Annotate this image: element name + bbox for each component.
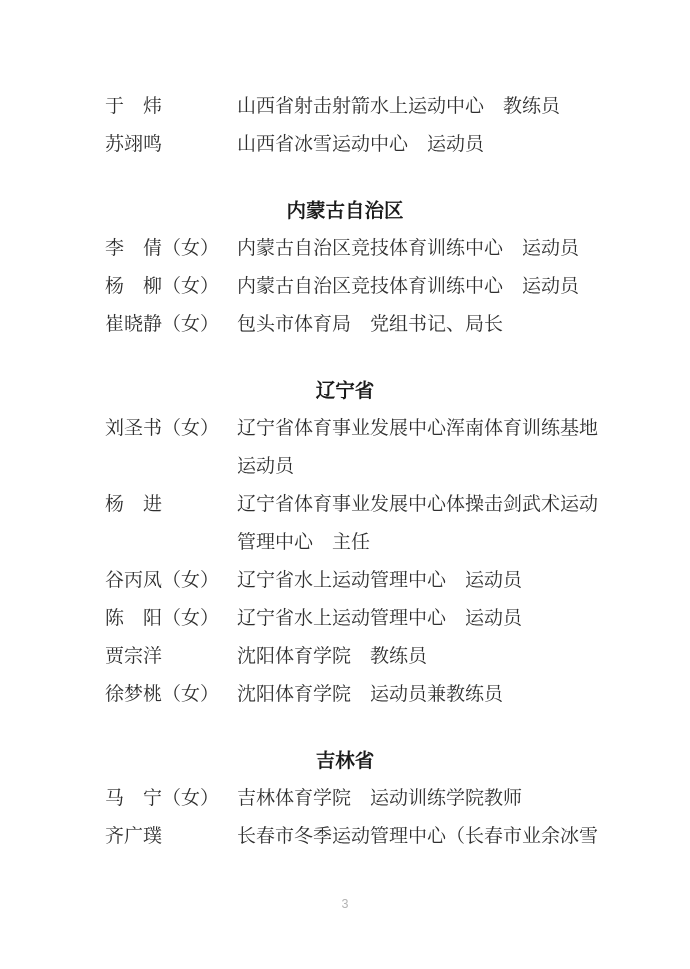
entry-detail: 沈阳体育学院 教练员 [237,638,585,676]
page-number: 3 [0,897,690,911]
entry-name: 刘圣书（女） [105,410,237,448]
entry-detail: 辽宁省水上运动管理中心 运动员 [237,562,585,600]
entry-row: 陈 阳（女） 辽宁省水上运动管理中心 运动员 [105,600,585,638]
entry-row: 徐梦桃（女） 沈阳体育学院 运动员兼教练员 [105,676,585,714]
entry-row: 杨 进 辽宁省体育事业发展中心体操击剑武术运动 管理中心 主任 [105,486,585,562]
entry-detail: 山西省冰雪运动中心 运动员 [237,126,585,164]
entry-name: 谷丙凤（女） [105,562,237,600]
entry-row: 李 倩（女） 内蒙古自治区竞技体育训练中心 运动员 [105,230,585,268]
entry-detail-line: 吉林体育学院 运动训练学院教师 [237,780,585,818]
entry-detail-line: 长春市冬季运动管理中心（长春市业余冰雪 [237,818,598,856]
entry-detail: 内蒙古自治区竞技体育训练中心 运动员 [237,268,585,306]
entry-name: 徐梦桃（女） [105,676,237,714]
entry-detail-line: 沈阳体育学院 运动员兼教练员 [237,676,585,714]
entry-name: 于 炜 [105,88,237,126]
entry-name: 马 宁（女） [105,780,237,818]
entry-row: 杨 柳（女） 内蒙古自治区竞技体育训练中心 运动员 [105,268,585,306]
entry-detail-line: 内蒙古自治区竞技体育训练中心 运动员 [237,230,585,268]
entry-row: 崔晓静（女） 包头市体育局 党组书记、局长 [105,306,585,344]
entry-detail: 山西省射击射箭水上运动中心 教练员 [237,88,585,126]
entry-row: 于 炜 山西省射击射箭水上运动中心 教练员 [105,88,585,126]
entry-detail-line: 包头市体育局 党组书记、局长 [237,306,585,344]
entry-detail: 辽宁省水上运动管理中心 运动员 [237,600,585,638]
section-header-inner-mongolia: 内蒙古自治区 [105,192,585,230]
entry-row: 苏翊鸣 山西省冰雪运动中心 运动员 [105,126,585,164]
entry-name: 崔晓静（女） [105,306,237,344]
document-page: 于 炜 山西省射击射箭水上运动中心 教练员 苏翊鸣 山西省冰雪运动中心 运动员 … [0,0,690,969]
entry-row: 齐广璞 长春市冬季运动管理中心（长春市业余冰雪 [105,818,585,856]
entry-row: 刘圣书（女） 辽宁省体育事业发展中心浑南体育训练基地 运动员 [105,410,585,486]
entry-detail-line: 山西省射击射箭水上运动中心 教练员 [237,88,585,126]
section-header-liaoning: 辽宁省 [105,372,585,410]
entry-name: 杨 进 [105,486,237,524]
entry-detail: 辽宁省体育事业发展中心体操击剑武术运动 管理中心 主任 [237,486,598,562]
entry-detail-line: 沈阳体育学院 教练员 [237,638,585,676]
entry-name: 齐广璞 [105,818,237,856]
section-header-jilin: 吉林省 [105,742,585,780]
entry-detail-line: 运动员 [237,448,598,486]
entry-name: 陈 阳（女） [105,600,237,638]
entry-detail-line: 内蒙古自治区竞技体育训练中心 运动员 [237,268,585,306]
entry-detail: 包头市体育局 党组书记、局长 [237,306,585,344]
document-content: 于 炜 山西省射击射箭水上运动中心 教练员 苏翊鸣 山西省冰雪运动中心 运动员 … [105,88,585,856]
entry-detail: 沈阳体育学院 运动员兼教练员 [237,676,585,714]
entry-detail: 吉林体育学院 运动训练学院教师 [237,780,585,818]
entry-row: 马 宁（女） 吉林体育学院 运动训练学院教师 [105,780,585,818]
entry-detail-line: 辽宁省体育事业发展中心浑南体育训练基地 [237,410,598,448]
entry-detail-line: 山西省冰雪运动中心 运动员 [237,126,585,164]
entry-name: 苏翊鸣 [105,126,237,164]
entry-detail: 内蒙古自治区竞技体育训练中心 运动员 [237,230,585,268]
entry-detail: 辽宁省体育事业发展中心浑南体育训练基地 运动员 [237,410,598,486]
entry-name: 李 倩（女） [105,230,237,268]
entry-row: 谷丙凤（女） 辽宁省水上运动管理中心 运动员 [105,562,585,600]
entry-detail-line: 辽宁省水上运动管理中心 运动员 [237,600,585,638]
entry-detail-line: 管理中心 主任 [237,524,598,562]
entry-name: 杨 柳（女） [105,268,237,306]
entry-row: 贾宗洋 沈阳体育学院 教练员 [105,638,585,676]
entry-detail: 长春市冬季运动管理中心（长春市业余冰雪 [237,818,598,856]
entry-detail-line: 辽宁省体育事业发展中心体操击剑武术运动 [237,486,598,524]
entry-detail-line: 辽宁省水上运动管理中心 运动员 [237,562,585,600]
entry-name: 贾宗洋 [105,638,237,676]
